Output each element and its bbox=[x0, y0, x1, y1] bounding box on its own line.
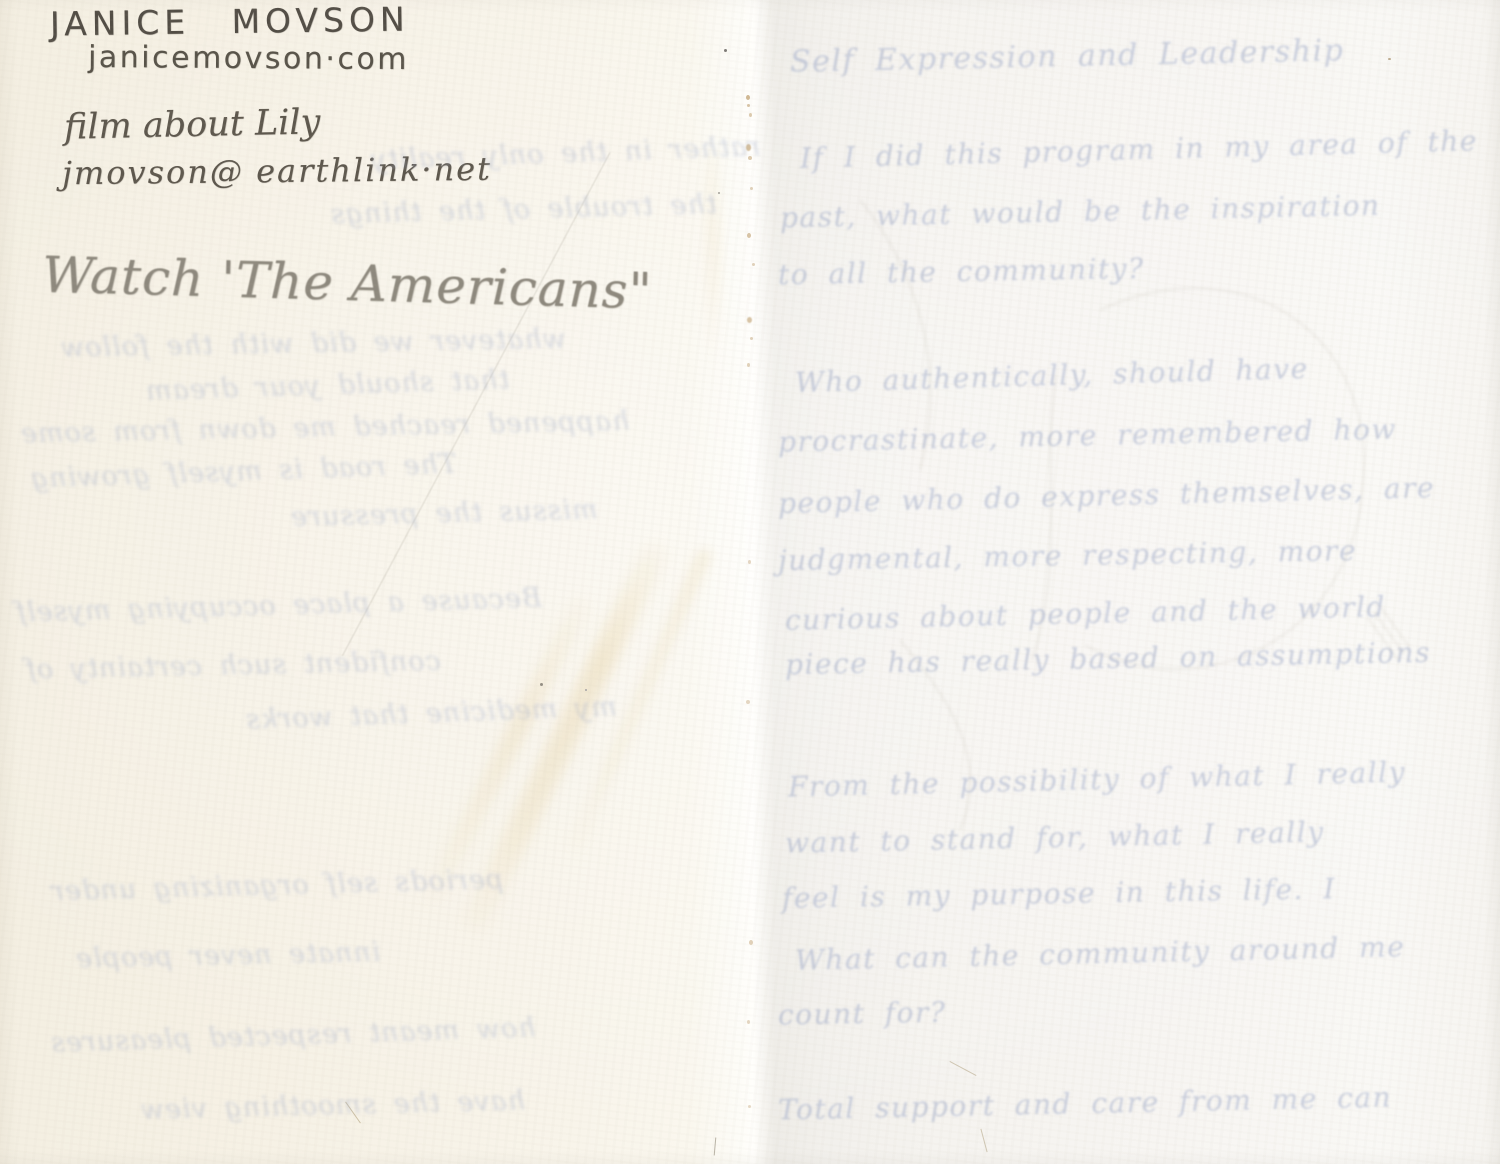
bleedthrough-line: feel is my purpose in this life. I bbox=[782, 875, 1336, 913]
stain-smudge bbox=[700, 150, 726, 370]
bleedthrough-line: Total support and care from me can bbox=[778, 1084, 1393, 1125]
bleedthrough-line: Self Expression and Leadership bbox=[790, 36, 1345, 78]
bleedthrough-line: periods self organizing under bbox=[50, 866, 504, 905]
bleedthrough-line: people who do express themselves, are bbox=[778, 474, 1436, 518]
fold-speckle bbox=[748, 1105, 751, 1108]
fold-speckle bbox=[749, 940, 753, 945]
bleedthrough-line: Because a place occupying myself bbox=[15, 585, 542, 627]
handwritten-name: JANICE MOVSON bbox=[50, 2, 410, 40]
fold-speckle bbox=[746, 700, 750, 704]
bleedthrough-line: confident such certainty of bbox=[25, 648, 441, 684]
bleedthrough-line: If I did this program in my area of the bbox=[800, 127, 1479, 173]
bleedthrough-line: Who authentically, should have bbox=[795, 355, 1309, 397]
bleedthrough-line: want to stand for, what I really bbox=[785, 818, 1325, 857]
bleedthrough-line: whatever we did with the follow bbox=[60, 326, 566, 362]
dust-fleck bbox=[1388, 58, 1391, 60]
fold-speckle bbox=[746, 95, 750, 100]
bleedthrough-line: that should your dream bbox=[145, 366, 510, 404]
fold-speckle bbox=[750, 337, 753, 340]
handwritten-website: janicemovson·com bbox=[88, 43, 409, 75]
paper-fiber bbox=[950, 1061, 977, 1076]
fold-speckle bbox=[750, 187, 753, 190]
stain-streak bbox=[421, 594, 593, 906]
bleedthrough-line: have the smoothing view bbox=[140, 1087, 526, 1123]
dust-fleck bbox=[540, 683, 543, 686]
notebook-scan: JANICE MOVSON janicemovson·com film abou… bbox=[0, 0, 1500, 1164]
paper-fiber bbox=[980, 1129, 987, 1152]
bleedthrough-line: missus the pressure bbox=[290, 496, 598, 531]
bleedthrough-line: piece has really based on assumptions bbox=[785, 639, 1431, 679]
handwritten-film-note: film about Lily bbox=[64, 105, 321, 145]
bleedthrough-line: procrastinate, more remembered how bbox=[778, 416, 1397, 457]
paper-fiber bbox=[714, 1137, 717, 1155]
fold-speckle bbox=[752, 263, 755, 266]
fold-speckle bbox=[748, 560, 751, 564]
dust-fleck bbox=[718, 192, 720, 194]
fold-speckle bbox=[747, 104, 750, 107]
fold-speckle bbox=[747, 363, 750, 367]
fold-speckle bbox=[747, 1020, 750, 1024]
handwritten-watch-note: Watch 'The Americans" bbox=[41, 249, 653, 316]
bleedthrough-line: From the possibility of what I really bbox=[788, 758, 1406, 801]
bleedthrough-line: curious about people and the world bbox=[785, 593, 1386, 635]
bleedthrough-line: to all the community? bbox=[778, 255, 1145, 289]
bleedthrough-line: my medicine that works bbox=[245, 694, 618, 734]
bleedthrough-line: What can the community around me bbox=[795, 933, 1406, 975]
dust-fleck bbox=[724, 49, 727, 52]
bleedthrough-line: judgmental, more respecting, more bbox=[778, 537, 1357, 575]
bleedthrough-line: how meant respected pleasures bbox=[50, 1014, 536, 1056]
bleedthrough-line: happened reached me down from some bbox=[20, 408, 630, 448]
fold-speckle bbox=[749, 113, 752, 117]
bleedthrough-line: The road is myself growing bbox=[30, 451, 458, 493]
bleedthrough-line: the trouble of the things bbox=[330, 191, 717, 228]
bleedthrough-line: count for? bbox=[778, 999, 947, 1030]
dust-fleck bbox=[585, 689, 587, 691]
fold-speckle bbox=[747, 317, 752, 323]
bleedthrough-line: past, what would be the inspiration bbox=[780, 192, 1381, 233]
bleedthrough-line: rather in the only reality bbox=[370, 133, 761, 174]
fold-speckle bbox=[747, 233, 751, 238]
bleedthrough-line: innate never people bbox=[75, 939, 381, 972]
